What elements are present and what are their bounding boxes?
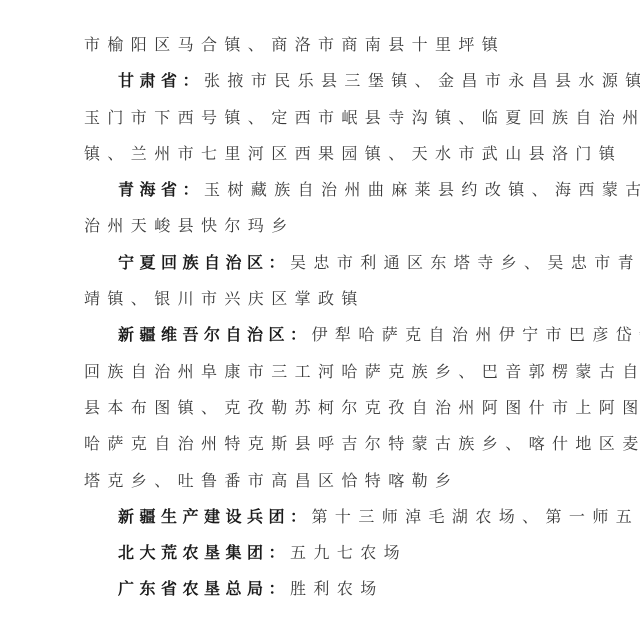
section-text: 玉门市下西号镇、定西市岷县寺沟镇、临夏回族自治州康乐县胭脂 [84, 108, 640, 127]
section-text: 第十三师淖毛湖农场、第一师五团沙河镇 [312, 507, 640, 526]
section-qinghai-first-line: 青海省：玉树藏族自治州曲麻莱县约改镇、海西蒙古族藏族自 [84, 176, 558, 212]
text-line: 塔克乡、吐鲁番市高昌区恰特喀勒乡 [84, 467, 558, 503]
section-text: 靖镇、银川市兴庆区掌政镇 [84, 289, 365, 308]
section-text: 伊犁哈萨克自治州伊宁市巴彦岱镇、昌吉 [312, 325, 640, 344]
section-label-qinghai: 青海省： [118, 180, 204, 199]
section-text: 治州天峻县快尔玛乡 [84, 216, 295, 235]
text-line: 治州天峻县快尔玛乡 [84, 212, 558, 248]
section-text: 胜利农场 [290, 579, 384, 598]
text-line: 回族自治州阜康市三工河哈萨克族乡、巴音郭楞蒙古自治州博湖 [84, 358, 558, 394]
section-label-gansu: 甘肃省： [118, 71, 204, 90]
section-label-beidahuang: 北大荒农垦集团： [118, 543, 290, 562]
section-text: 哈萨克自治州特克斯县呼吉尔特蒙古族乡、喀什地区麦盖提县央 [84, 434, 640, 453]
section-text: 吴忠市利通区东塔寺乡、吴忠市青铜峡市瞿 [290, 253, 640, 272]
section-text: 塔克乡、吐鲁番市高昌区恰特喀勒乡 [84, 471, 458, 490]
section-label-xpcc: 新疆生产建设兵团： [118, 507, 312, 526]
section-text: 五九七农场 [290, 543, 407, 562]
section-text: 张掖市民乐县三堡镇、金昌市永昌县水源镇、酒泉市 [204, 71, 640, 90]
text-line: 哈萨克自治州特克斯县呼吉尔特蒙古族乡、喀什地区麦盖提县央 [84, 430, 558, 466]
continuation-text: 市榆阳区马合镇、商洛市商南县十里坪镇 [84, 35, 505, 54]
section-label-guangdong: 广东省农垦总局： [118, 579, 290, 598]
text-line: 镇、兰州市七里河区西果园镇、天水市武山县洛门镇 [84, 140, 558, 176]
text-line: 县本布图镇、克孜勒苏柯尔克孜自治州阿图什市上阿图什镇、伊犁 [84, 394, 558, 430]
section-xpcc-first-line: 新疆生产建设兵团：第十三师淖毛湖农场、第一师五团沙河镇 [84, 503, 558, 539]
section-gansu-first-line: 甘肃省：张掖市民乐县三堡镇、金昌市永昌县水源镇、酒泉市 [84, 67, 558, 103]
section-label-xinjiang: 新疆维吾尔自治区： [118, 325, 312, 344]
section-label-ningxia: 宁夏回族自治区： [118, 253, 290, 272]
section-text: 玉树藏族自治州曲麻莱县约改镇、海西蒙古族藏族自 [204, 180, 640, 199]
text-line: 靖镇、银川市兴庆区掌政镇 [84, 285, 558, 321]
section-text: 镇、兰州市七里河区西果园镇、天水市武山县洛门镇 [84, 144, 622, 163]
section-xinjiang-first-line: 新疆维吾尔自治区：伊犁哈萨克自治州伊宁市巴彦岱镇、昌吉 [84, 321, 558, 357]
document-page: 市榆阳区马合镇、商洛市商南县十里坪镇 甘肃省：张掖市民乐县三堡镇、金昌市永昌县水… [84, 31, 558, 612]
section-text: 县本布图镇、克孜勒苏柯尔克孜自治州阿图什市上阿图什镇、伊犁 [84, 398, 640, 417]
section-text: 回族自治州阜康市三工河哈萨克族乡、巴音郭楞蒙古自治州博湖 [84, 362, 640, 381]
section-ningxia-first-line: 宁夏回族自治区：吴忠市利通区东塔寺乡、吴忠市青铜峡市瞿 [84, 249, 558, 285]
section-beidahuang-first-line: 北大荒农垦集团：五九七农场 [84, 539, 558, 575]
text-line: 玉门市下西号镇、定西市岷县寺沟镇、临夏回族自治州康乐县胭脂 [84, 104, 558, 140]
section-guangdong-first-line: 广东省农垦总局：胜利农场 [84, 575, 558, 611]
text-line: 市榆阳区马合镇、商洛市商南县十里坪镇 [84, 31, 558, 67]
